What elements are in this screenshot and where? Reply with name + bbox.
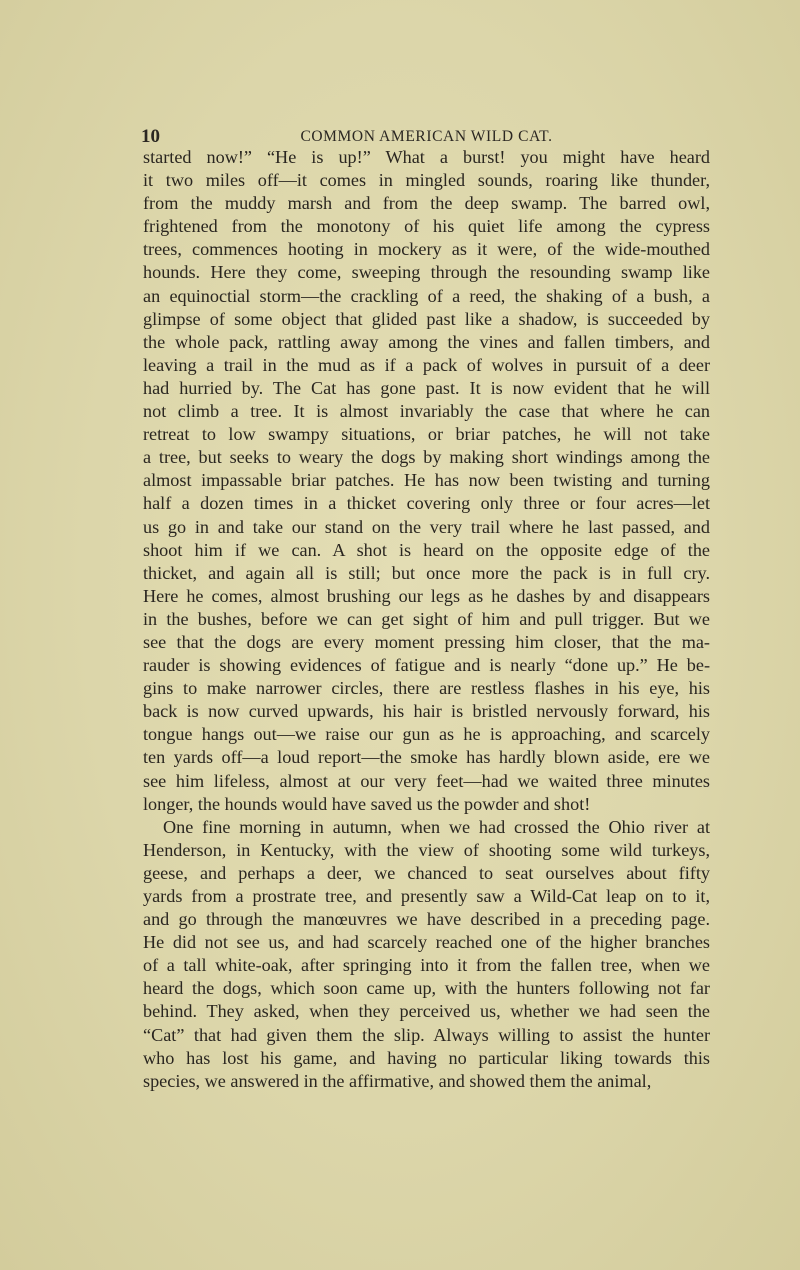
text-line: Here he comes, almost brushing our legs … xyxy=(143,585,710,608)
text-line: He did not see us, and had scarcely reac… xyxy=(143,931,710,954)
text-line: rauder is showing evidences of fatigue a… xyxy=(143,654,710,677)
text-line: tongue hangs out—we raise our gun as he … xyxy=(143,723,710,746)
text-line: see him lifeless, almost at our very fee… xyxy=(143,770,710,793)
text-line: gins to make narrower circles, there are… xyxy=(143,677,710,700)
paragraph: One fine morning in autumn, when we had … xyxy=(143,816,710,1093)
text-line: started now!” “He is up!” What a burst! … xyxy=(143,146,710,169)
paragraph: started now!” “He is up!” What a burst! … xyxy=(143,146,710,816)
text-line: the whole pack, rattling away among the … xyxy=(143,331,710,354)
text-line: ten yards off—a loud report—the smoke ha… xyxy=(143,746,710,769)
text-line: frightened from the monotony of his quie… xyxy=(143,215,710,238)
text-line: not climb a tree. It is almost invariabl… xyxy=(143,400,710,423)
text-line: who has lost his game, and having no par… xyxy=(143,1047,710,1070)
text-line: of a tall white-oak, after springing int… xyxy=(143,954,710,977)
text-line: yards from a prostrate tree, and present… xyxy=(143,885,710,908)
text-line: from the muddy marsh and from the deep s… xyxy=(143,192,710,215)
running-head: COMMON AMERICAN WILD CAT. xyxy=(143,128,710,146)
text-line: leaving a trail in the mud as if a pack … xyxy=(143,354,710,377)
text-line: One fine morning in autumn, when we had … xyxy=(143,816,710,839)
body-text: started now!” “He is up!” What a burst! … xyxy=(143,146,710,1093)
text-line: longer, the hounds would have saved us t… xyxy=(143,793,710,816)
text-line: geese, and perhaps a deer, we chanced to… xyxy=(143,862,710,885)
text-line: Henderson, in Kentucky, with the view of… xyxy=(143,839,710,862)
text-line: “Cat” that had given them the slip. Alwa… xyxy=(143,1024,710,1047)
text-line: species, we answered in the affirmative,… xyxy=(143,1070,710,1093)
text-line: thicket, and again all is still; but onc… xyxy=(143,562,710,585)
text-line: trees, commences hooting in mockery as i… xyxy=(143,238,710,261)
text-line: retreat to low swampy situations, or bri… xyxy=(143,423,710,446)
text-line: half a dozen times in a thicket covering… xyxy=(143,492,710,515)
text-line: behind. They asked, when they perceived … xyxy=(143,1000,710,1023)
text-line: and go through the manœuvres we have des… xyxy=(143,908,710,931)
text-line: us go in and take our stand on the very … xyxy=(143,516,710,539)
text-line: an equinoctial storm—the crackling of a … xyxy=(143,285,710,308)
text-line: heard the dogs, which soon came up, with… xyxy=(143,977,710,1000)
text-line: hounds. Here they come, sweeping through… xyxy=(143,261,710,284)
text-line: shoot him if we can. A shot is heard on … xyxy=(143,539,710,562)
text-line: almost impassable briar patches. He has … xyxy=(143,469,710,492)
text-line: a tree, but seeks to weary the dogs by m… xyxy=(143,446,710,469)
text-line: see that the dogs are every moment press… xyxy=(143,631,710,654)
text-line: glimpse of some object that glided past … xyxy=(143,308,710,331)
text-line: in the bushes, before we can get sight o… xyxy=(143,608,710,631)
text-line: it two miles off—it comes in mingled sou… xyxy=(143,169,710,192)
text-line: back is now curved upwards, his hair is … xyxy=(143,700,710,723)
text-line: had hurried by. The Cat has gone past. I… xyxy=(143,377,710,400)
